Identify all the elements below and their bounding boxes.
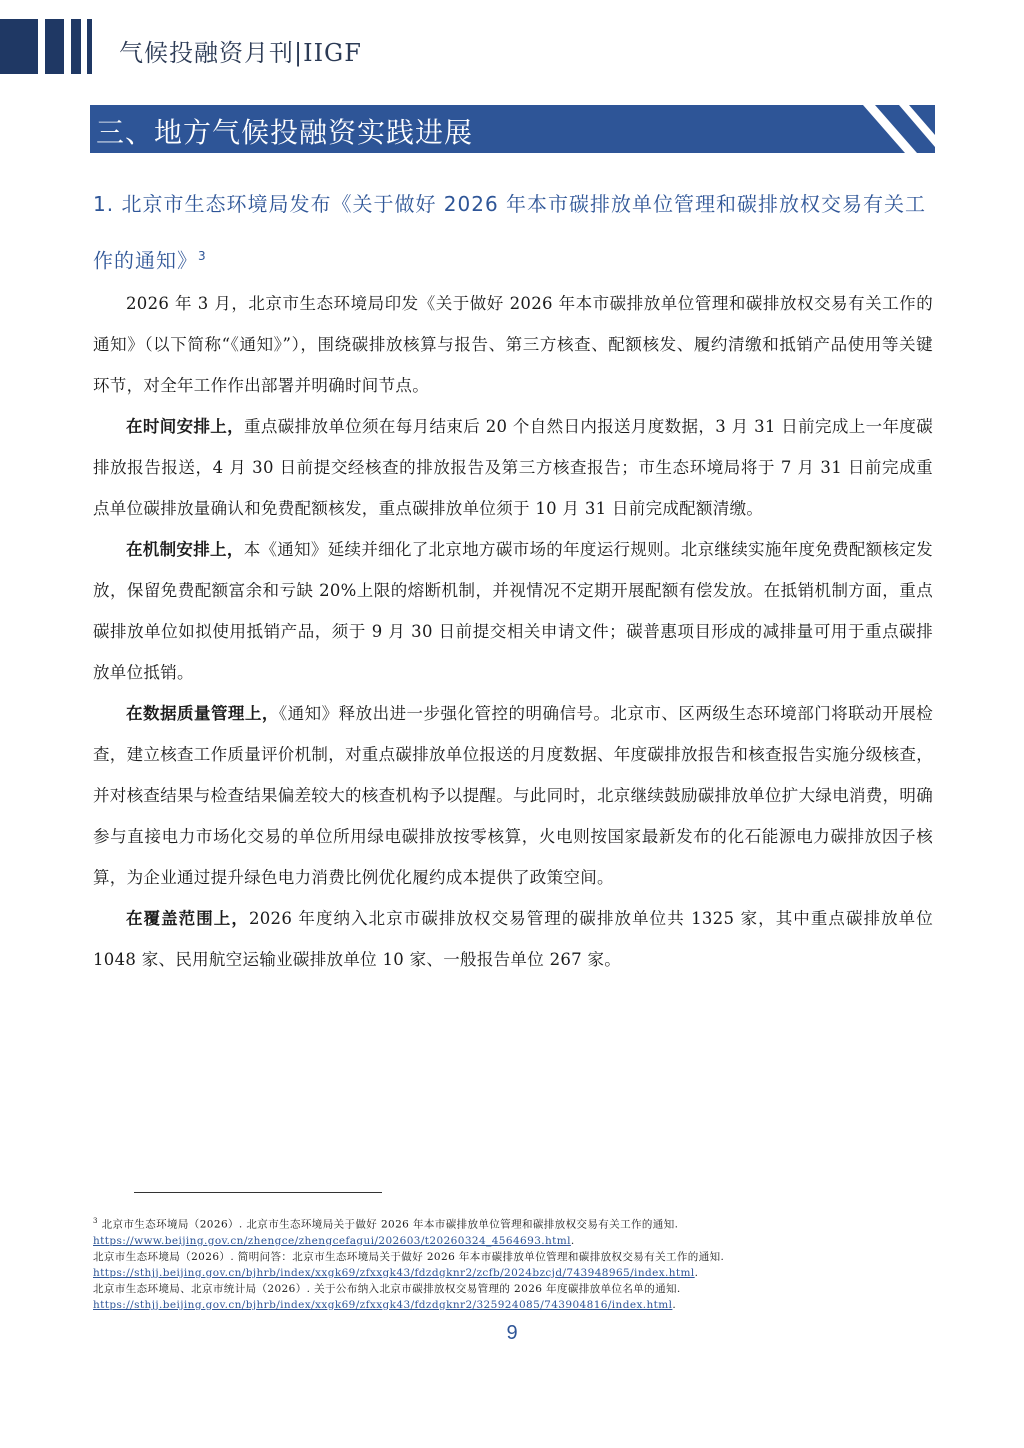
paragraph: 在机制安排上，本《通知》延续并细化了北京地方碳市场的年度运行规则。北京继续实施年… bbox=[93, 529, 933, 693]
footnote-divider bbox=[134, 1192, 382, 1193]
article-body: 2026 年 3 月，北京市生态环境局印发《关于做好 2026 年本市碳排放单位… bbox=[93, 283, 933, 980]
section-title: 三、地方气候投融资实践进展 bbox=[96, 111, 473, 151]
paragraph: 2026 年 3 月，北京市生态环境局印发《关于做好 2026 年本市碳排放单位… bbox=[93, 283, 933, 406]
paragraph-lead: 在时间安排上， bbox=[126, 417, 244, 436]
diagonal-stripes-icon bbox=[855, 105, 935, 153]
page-number: 9 bbox=[0, 1322, 1024, 1345]
footnote-entry: 北京市生态环境局（2026）. 简明问答：北京市生态环境局关于做好 2026 年… bbox=[93, 1249, 933, 1265]
paragraph: 在时间安排上，重点碳排放单位须在每月结束后 20 个自然日内报送月度数据，3 月… bbox=[93, 406, 933, 529]
footnote-link[interactable]: https://sthjj.beijing.gov.cn/bjhrb/index… bbox=[93, 1267, 695, 1279]
paragraph-lead: 在数据质量管理上， bbox=[126, 704, 279, 723]
footnote-entry: 北京市生态环境局、北京市统计局（2026）. 关于公布纳入北京市碳排放权交易管理… bbox=[93, 1281, 933, 1297]
footnote-ref[interactable]: 3 bbox=[198, 249, 207, 263]
paragraph: 在覆盖范围上，2026 年度纳入北京市碳排放权交易管理的碳排放单位共 1325 … bbox=[93, 898, 933, 980]
publication-title: 气候投融资月刊|IIGF bbox=[119, 33, 362, 68]
footnote-entry: 3 北京市生态环境局（2026）. 北京市生态环境局关于做好 2026 年本市碳… bbox=[93, 1213, 933, 1233]
subsection-heading: 1. 北京市生态环境局发布《关于做好 2026 年本市碳排放单位管理和碳排放权交… bbox=[93, 178, 933, 287]
footnote-link[interactable]: https://www.beijing.gov.cn/zhengce/zheng… bbox=[93, 1235, 571, 1247]
paragraph: 在数据质量管理上，《通知》释放出进一步强化管控的明确信号。北京市、区两级生态环境… bbox=[93, 693, 933, 898]
footnotes: 3 北京市生态环境局（2026）. 北京市生态环境局关于做好 2026 年本市碳… bbox=[93, 1213, 933, 1313]
section-banner: 三、地方气候投融资实践进展 bbox=[90, 105, 935, 153]
paragraph-lead: 在机制安排上， bbox=[126, 540, 244, 559]
paragraph-lead: 在覆盖范围上， bbox=[126, 909, 249, 928]
footnote-link[interactable]: https://sthjj.beijing.gov.cn/bjhrb/index… bbox=[93, 1299, 672, 1311]
